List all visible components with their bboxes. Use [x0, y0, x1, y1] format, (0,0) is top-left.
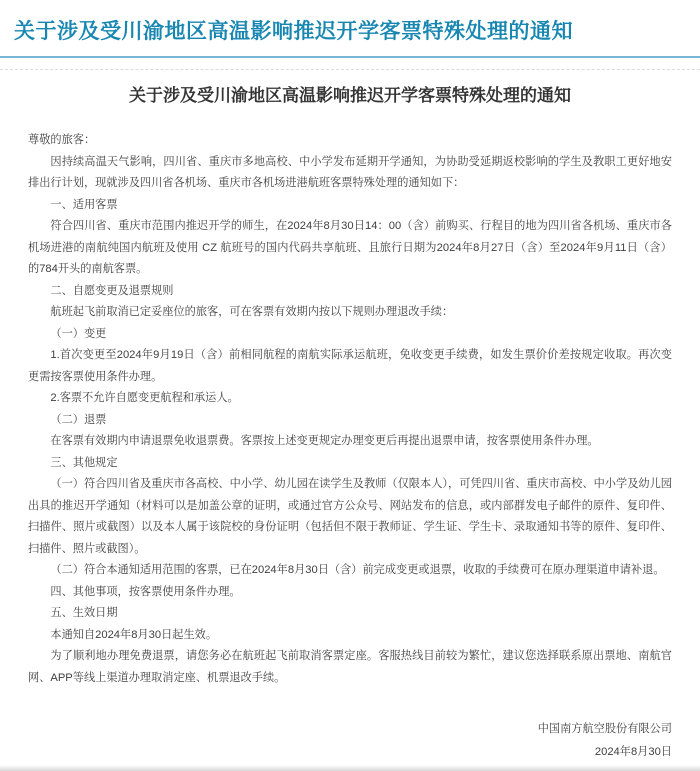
signature-company: 中国南方航空股份有限公司 [28, 718, 672, 741]
page-title: 关于涉及受川渝地区高温影响推迟开学客票特殊处理的通知 [14, 18, 686, 46]
signature-date: 2024年8月30日 [28, 741, 672, 764]
page-header: 关于涉及受川渝地区高温影响推迟开学客票特殊处理的通知 [0, 0, 700, 56]
article-body: 尊敬的旅客：因持续高温天气影响，四川省、重庆市多地高校、中小学发布延期开学通知，… [28, 130, 672, 689]
notice-paragraph: （二）符合本通知适用范围的客票，已在2024年8月30日（含）前完成变更或退票，… [28, 560, 672, 582]
notice-paragraph: 尊敬的旅客： [28, 130, 672, 152]
notice-paragraph: （二）退票 [28, 410, 672, 432]
notice-paragraph: （一）符合四川省及重庆市各高校、中小学、幼儿园在读学生及教师（仅限本人），可凭四… [28, 474, 672, 560]
notice-paragraph: 四、其他事项，按客票使用条件办理。 [28, 582, 672, 604]
notice-paragraph: 2.客票不允许自愿变更航程和承运人。 [28, 388, 672, 410]
bottom-fade [0, 765, 700, 771]
notice-paragraph: 二、自愿变更及退票规则 [28, 281, 672, 303]
notice-article: 关于涉及受川渝地区高温影响推迟开学客票特殊处理的通知 尊敬的旅客：因持续高温天气… [0, 86, 700, 764]
notice-paragraph: 1.首次变更至2024年9月19日（含）前相同航程的南航实际承运航班，免收变更手… [28, 345, 672, 388]
header-accent-divider [0, 56, 700, 58]
notice-paragraph: 符合四川省、重庆市范围内推迟开学的师生，在2024年8月30日14：00（含）前… [28, 216, 672, 281]
notice-paragraph: （一）变更 [28, 324, 672, 346]
notice-paragraph: 三、其他规定 [28, 453, 672, 475]
notice-paragraph: 本通知自2024年8月30日起生效。 [28, 625, 672, 647]
notice-paragraph: 航班起飞前取消已定妥座位的旅客，可在客票有效期内按以下规则办理退改手续： [28, 302, 672, 324]
notice-page: 关于涉及受川渝地区高温影响推迟开学客票特殊处理的通知 关于涉及受川渝地区高温影响… [0, 0, 700, 771]
notice-paragraph: 因持续高温天气影响，四川省、重庆市多地高校、中小学发布延期开学通知，为协助受延期… [28, 152, 672, 195]
article-title: 关于涉及受川渝地区高温影响推迟开学客票特殊处理的通知 [28, 86, 672, 105]
notice-paragraph: 一、适用客票 [28, 195, 672, 217]
notice-paragraph: 为了顺利地办理免费退票，请您务必在航班起飞前取消客票定座。客服热线目前较为繁忙，… [28, 646, 672, 689]
notice-paragraph: 五、生效日期 [28, 603, 672, 625]
dashed-divider [0, 69, 700, 70]
signature-block: 中国南方航空股份有限公司 2024年8月30日 [28, 718, 672, 764]
notice-paragraph: 在客票有效期内申请退票免收退票费。客票按上述变更规定办理变更后再提出退票申请，按… [28, 431, 672, 453]
